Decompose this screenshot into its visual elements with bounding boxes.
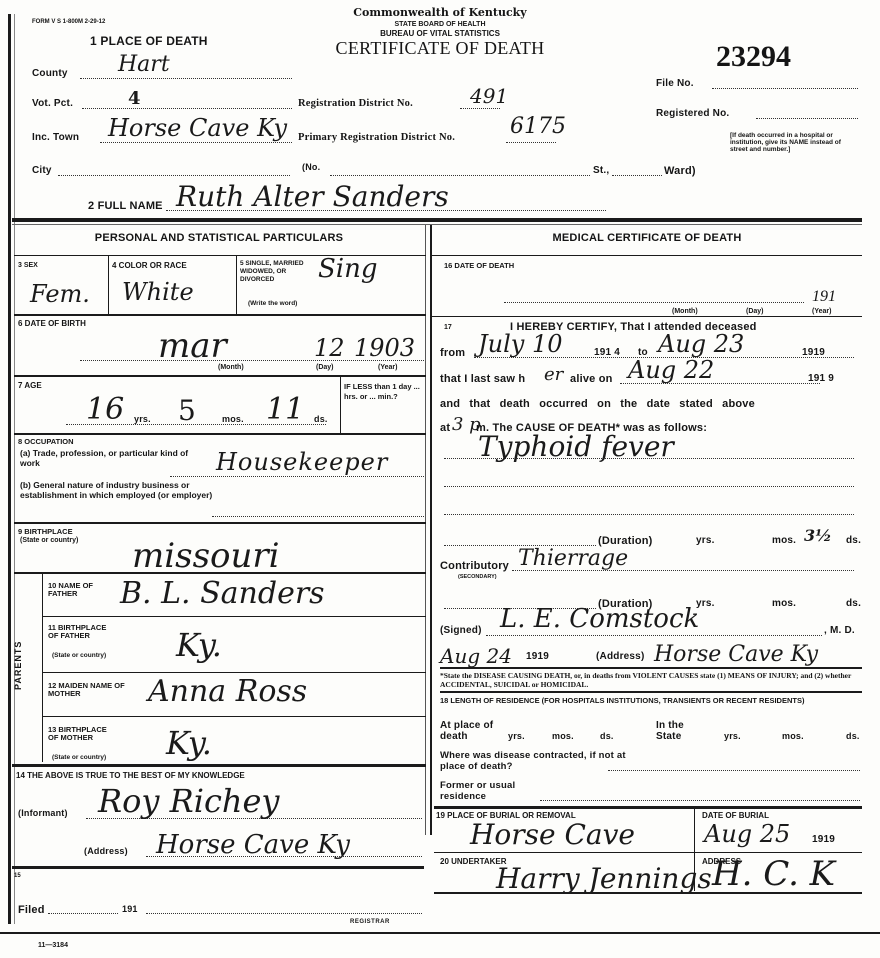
reg-district-value: 491 [470,84,508,108]
dod-label: 16 DATE OF DEATH [444,262,514,270]
place-of-death-heading: 1 PLACE OF DEATH [90,34,208,48]
burial-date-label: DATE OF BURIAL [702,812,769,820]
father-birthplace-label: 11 BIRTHPLACE OF FATHER [48,624,118,640]
undertaker-address-value: H. C. K [712,854,835,894]
occupation-a-value: Housekeeper [216,448,388,476]
mother-birthplace-value: Ky. [166,724,212,762]
personal-heading: PERSONAL AND STATISTICAL PARTICULARS [14,232,424,244]
duration-ds-label-2: ds. [846,598,861,609]
column-divider-thin [425,225,426,835]
row-line [434,892,862,894]
cause-line-3 [444,514,854,515]
burial-year: 1919 [812,834,835,845]
file-no-line [712,88,858,89]
at-place-ds: ds. [600,731,614,741]
occupation-a-line [170,476,424,477]
occupation-b-line [212,516,424,517]
birthplace-label: 9 BIRTHPLACE [18,528,73,536]
duration-ds-label: ds. [846,535,861,546]
dod-day-caption: (Day) [746,308,764,316]
city-line [58,175,290,176]
to-date: Aug 23 [658,330,744,358]
occupation-a-label: (a) Trade, profession, or particular kin… [20,448,190,468]
full-name-label: 2 FULL NAME [88,200,163,212]
signed-label: (Signed) [440,625,482,636]
marital-value: Sing [318,254,378,284]
parents-divider [42,574,43,762]
county-line [80,78,292,79]
yrs-label: yrs. [134,414,151,424]
row-line [14,375,426,377]
county-label: County [32,68,68,79]
header-divider-thin [12,224,862,225]
age-months: 5 [178,394,196,427]
month-caption: (Month) [218,364,244,372]
ward-line [612,175,662,176]
cause-footnote: *State the DISEASE CAUSING DEATH, or, in… [440,671,864,689]
occupation-label: 8 OCCUPATION [18,438,74,446]
row-line [434,852,862,853]
burial-place-value: Horse Cave [470,818,635,851]
row-line [14,522,426,524]
row-line [14,314,426,316]
ds-label: ds. [314,414,328,424]
signed-date: Aug 24 [440,644,512,668]
left-border-inner [14,14,15,924]
day-caption: (Day) [316,364,334,372]
cause-line-2 [444,486,854,487]
bureau-name: BUREAU OF VITAL STATISTICS [290,30,590,38]
signed-year: 1919 [526,651,549,662]
dob-year: 1903 [354,334,415,362]
row-line [12,866,424,869]
street-label: St., [593,165,609,176]
duration-yrs-label: yrs. [696,535,715,546]
header-divider [12,218,862,222]
dod-year: 191 [812,288,836,306]
occurred-text: and that death occurred on the date stat… [440,398,755,410]
full-name-value: Ruth Alter Sanders [176,180,449,213]
duration-mos-label-2: mos. [772,598,796,609]
primary-reg-label: Primary Registration District No. [298,132,455,143]
alive-year: 191 9 [808,373,834,384]
cell-divider [236,256,237,314]
residence-label: 18 LENGTH OF RESIDENCE (FOR HOSPITALS IN… [440,696,864,705]
father-birthplace-sub: (State or country) [52,652,106,660]
at-label: at [440,422,450,434]
informant-address-value: Horse Cave Ky [156,830,350,860]
marital-note: (Write the word) [248,300,297,308]
inc-town-line [100,142,292,143]
contracted-label: Where was disease contracted, if not at … [440,750,640,772]
row-line [14,433,426,435]
registrar-label: REGISTRAR [350,918,390,926]
registrar-line [146,913,422,914]
parents-side-label: PARENTS [14,641,22,690]
duration-days-value: 3½ [804,526,832,545]
race-label: 4 COLOR OR RACE [112,262,187,270]
row-line [42,616,426,617]
less-than-day-label: IF LESS than 1 day ... hrs. or ... min.? [344,382,424,402]
at-place-yrs: yrs. [508,731,525,741]
row-line [14,572,426,574]
sex-label: 3 SEX [18,262,38,270]
contracted-line [608,770,860,771]
alive-on-label: alive on [570,373,613,385]
hospital-note: [If death occurred in a hospital or inst… [730,132,860,153]
certify-number: 17 [444,324,452,332]
county-value: Hart [118,52,170,77]
vot-pct-value: 4 [128,88,141,109]
from-label: from [440,347,465,359]
father-name-value: B. L. Sanders [120,576,325,611]
filed-number: 15 [14,872,21,880]
inc-town-label: Inc. Town [32,132,79,143]
left-border [8,14,11,924]
informant-value: Roy Richey [98,782,279,820]
in-state-yrs: yrs. [724,731,741,741]
occupation-b-label: (b) General nature of industry business … [20,480,220,500]
duration-mos-label: mos. [772,535,796,546]
certificate-title: CERTIFICATE OF DEATH [290,38,590,59]
cell-divider [340,377,341,433]
from-date: July 10 [478,330,562,358]
filed-year-prefix: 191 [122,904,138,914]
at-place-label: At place of death [440,720,500,742]
race-value: White [122,278,194,306]
physician-signature: L. E. Comstock [500,604,699,634]
row-line [42,672,426,673]
file-number-value: 23294 [716,40,791,74]
dod-line [504,302,804,303]
age-years: 16 [86,392,124,427]
contributory-label: Contributory [440,560,509,572]
reg-district-line [460,108,500,109]
row-line [432,316,862,317]
age-label: 7 AGE [18,382,42,390]
row-line [432,255,862,256]
form-footer-number: 11—3184 [38,942,68,950]
dod-year-caption: (Year) [812,308,831,316]
medical-heading: MEDICAL CERTIFICATE OF DEATH [432,232,862,244]
from-year: 191 4 [594,347,620,358]
at-place-mos: mos. [552,731,574,741]
contributory-value: Thierrage [518,546,628,571]
mother-birthplace-label: 13 BIRTHPLACE OF MOTHER [48,726,118,742]
dod-month-caption: (Month) [672,308,698,316]
registered-no-label: Registered No. [656,108,729,119]
physician-address-value: Horse Cave Ky [654,642,818,667]
cell-divider [108,256,109,314]
mother-birthplace-sub: (State or country) [52,754,106,762]
mother-name-label: 12 MAIDEN NAME OF MOTHER [48,682,158,698]
birthplace-value: missouri [132,536,280,576]
in-state-ds: ds. [846,731,860,741]
cause-value: Typhoid fever [478,430,674,463]
year-caption: (Year) [378,364,397,372]
informant-label: (Informant) [18,808,68,818]
marital-label: 5 SINGLE, MARRIED WIDOWED, OR DIVORCED [240,260,320,284]
row-line [434,806,862,809]
dob-label: 6 DATE OF BIRTH [18,320,86,328]
sex-value: Fem. [30,280,90,308]
row-line [12,764,426,767]
registered-no-line [756,118,858,119]
file-no-label: File No. [656,78,694,89]
contributory-sub: (SECONDARY) [458,573,497,581]
row-line [42,716,426,717]
last-saw-label: that I last saw h [440,373,525,385]
vot-pct-label: Vot. Pct. [32,98,73,109]
commonwealth-title: Commonwealth of Kentucky [290,6,590,19]
signed-line [486,635,822,636]
form-number: FORM V S 1-800M 2-29-12 [32,18,105,26]
bottom-border [0,932,880,934]
street-line [330,175,590,176]
physician-address-label: (Address) [596,651,644,662]
filed-date-line [48,913,118,914]
former-residence-label: Former or usual residence [440,780,550,802]
primary-reg-line [506,142,556,143]
inc-town-value: Horse Cave Ky [108,114,287,142]
informant-address-label: (Address) [84,846,128,856]
burial-date-value: Aug 25 [704,820,790,848]
board-name: STATE BOARD OF HEALTH [290,21,590,29]
street-no-label: (No. [302,162,320,172]
dob-month: mar [158,326,227,366]
mother-name-value: Anna Ross [148,674,307,709]
to-year: 1919 [802,347,825,358]
row-line [440,667,862,669]
dob-day: 12 [314,334,345,362]
informant-statement: 14 THE ABOVE IS TRUE TO THE BEST OF MY K… [16,772,245,780]
former-residence-line [540,800,860,801]
ward-label: Ward) [664,165,696,177]
filed-label: Filed [18,904,45,916]
undertaker-value: Harry Jennings [496,862,712,895]
age-days: 11 [266,392,304,427]
alive-on-value: Aug 22 [628,356,714,384]
city-label: City [32,165,52,176]
father-name-label: 10 NAME OF FATHER [48,582,118,598]
row-line [440,691,862,693]
md-label: , M. D. [824,625,855,636]
primary-reg-value: 6175 [510,114,566,139]
in-state-label: In the State [656,720,706,742]
mos-label: mos. [222,414,244,424]
reg-district-label: Registration District No. [298,98,413,109]
father-birthplace-value: Ky. [176,626,222,664]
in-state-mos: mos. [782,731,804,741]
birthplace-sub: (State or country) [20,537,78,545]
vot-pct-line [82,108,292,109]
last-saw-pronoun: er [544,364,563,385]
